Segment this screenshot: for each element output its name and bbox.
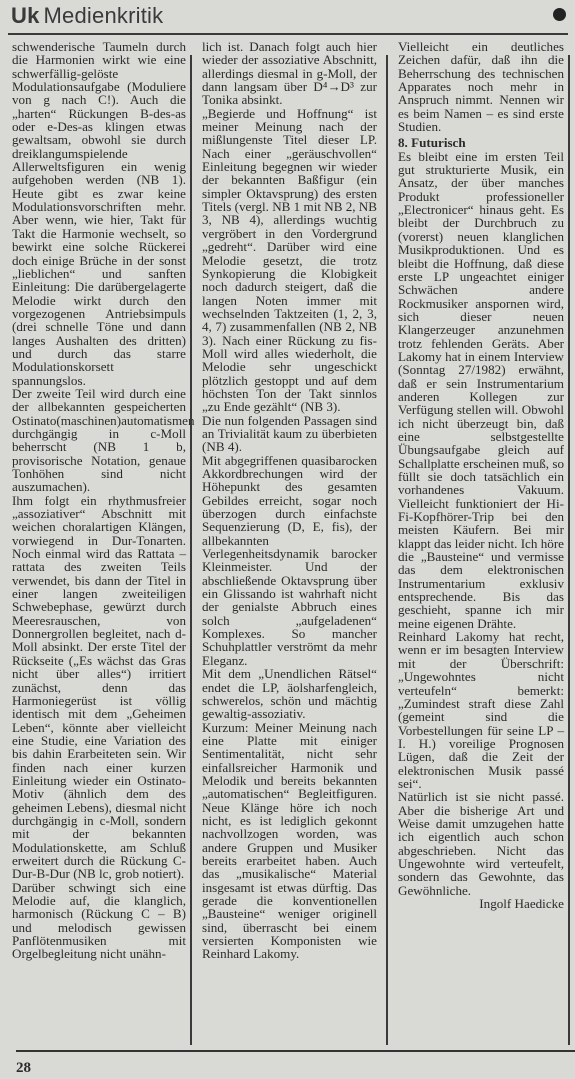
page-header: UkMedienkritik: [8, 0, 568, 35]
article-column-2: lich ist. Danach folgt auch hier wieder …: [202, 40, 377, 961]
paragraph: „Begierde und Hoffnung“ ist meiner Meinu…: [202, 107, 377, 414]
paragraph: Ihm folgt ein rhythmusfreier „assoziativ…: [12, 494, 186, 881]
paragraph: Kurzum: Meiner Meinung nach eine Platte …: [202, 721, 377, 961]
paragraph: Es bleibt eine im ersten Teil gut strukt…: [398, 150, 564, 630]
paragraph: Mit abgegriffenen quasibarocken Akkordbr…: [202, 454, 377, 668]
footer-rule: [16, 1050, 575, 1052]
paragraph: Darüber schwingt sich eine Melodie auf, …: [12, 881, 186, 961]
bullet-dot-icon: [553, 8, 566, 21]
column-divider: [568, 55, 570, 1045]
paragraph: schwenderische Taumeln durch die Harmoni…: [12, 40, 186, 387]
section-heading: 8. Futurisch: [398, 136, 564, 149]
paragraph: Natürlich ist sie nicht passé. Aber die …: [398, 790, 564, 897]
paragraph: Mit dem „Unendlichen Rätsel“ endet die L…: [202, 667, 377, 720]
paragraph: Vielleicht ein deutliches Zeichen dafür,…: [398, 40, 564, 133]
brand-abbr: Uk: [11, 3, 40, 28]
paragraph: Die nun folgenden Passagen sind an Trivi…: [202, 414, 377, 454]
column-divider: [190, 55, 192, 1045]
page-number: 28: [16, 1060, 31, 1077]
column-divider: [386, 55, 388, 1045]
paragraph: Reinhard Lakomy hat recht, wenn er im be…: [398, 630, 564, 790]
section-title: UkMedienkritik: [11, 3, 163, 29]
paragraph: Der zweite Teil wird durch eine der allb…: [12, 387, 186, 494]
paragraph: lich ist. Danach folgt auch hier wieder …: [202, 40, 377, 107]
author-signature: Ingolf Haedicke: [398, 897, 564, 910]
article-column-1: schwenderische Taumeln durch die Harmoni…: [12, 40, 186, 961]
article-column-3: Vielleicht ein deutliches Zeichen dafür,…: [398, 40, 564, 910]
section-name: Medienkritik: [44, 3, 164, 28]
